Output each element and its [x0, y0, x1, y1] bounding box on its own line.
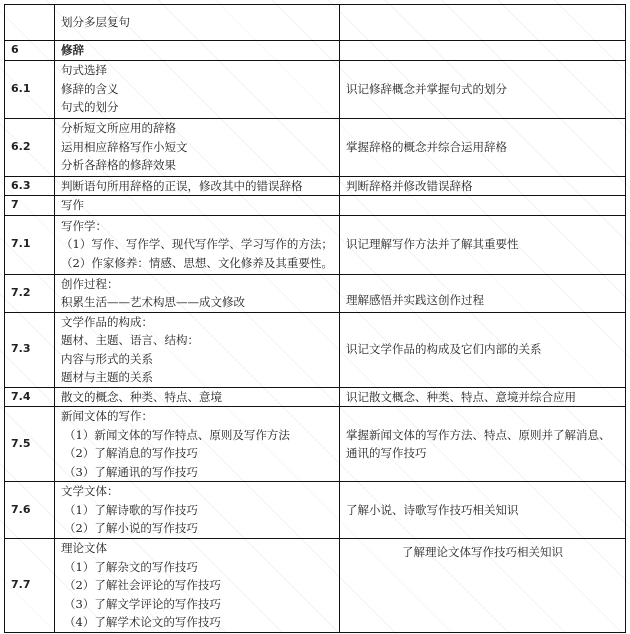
content-line: 理论文体: [61, 539, 333, 558]
table-row: 7.2 创作过程： 积累生活——艺术构思——成文修改 理解感悟并实践这创作过程: [5, 274, 626, 312]
content-line: 题材与主题的关系: [61, 368, 333, 387]
row-content: 判断语句所用辞格的正误，修改其中的错误辞格: [55, 176, 340, 196]
row-code: 7.2: [5, 274, 55, 312]
content-line: 分析短文所应用的辞格: [61, 119, 333, 138]
row-content: 修辞: [55, 41, 340, 61]
table-row: 7.1 写作学： （1）写作、写作学、现代写作学、学习写作的方法； （2）作家修…: [5, 215, 626, 274]
row-code: 7.6: [5, 482, 55, 539]
row-content: 文学文体： （1）了解诗歌的写作技巧 （2）了解小说的写作技巧: [55, 482, 340, 539]
row-requirement: [340, 41, 626, 61]
content-line: 判断语句所用辞格的正误，修改其中的错误辞格: [61, 177, 333, 196]
content-line: 文学作品的构成：: [61, 313, 333, 332]
row-content: 散文的概念、种类、特点、意境: [55, 387, 340, 407]
content-line: 新闻文体的写作：: [61, 407, 333, 426]
row-code: 6.3: [5, 176, 55, 196]
row-requirement: 识记修辞概念并掌握句式的划分: [340, 60, 626, 118]
content-line: （1）了解杂文的写作技巧: [61, 558, 333, 577]
row-content: 句式选择 修辞的含义 句式的划分: [55, 60, 340, 118]
content-line: 修辞的含义: [61, 80, 333, 99]
syllabus-table: 划分多层复句 6 修辞 6.1 句式选择 修辞的含义 句式的划分 识记修辞概念并…: [4, 4, 626, 633]
table-row: 7.4 散文的概念、种类、特点、意境 识记散文概念、种类、特点、意境并综合应用: [5, 387, 626, 407]
row-content: 分析短文所应用的辞格 运用相应辞格写作小短文 分析各辞格的修辞效果: [55, 118, 340, 176]
section-title: 修辞: [61, 41, 333, 60]
table-row: 6.3 判断语句所用辞格的正误，修改其中的错误辞格 判断辞格并修改错误辞格: [5, 176, 626, 196]
content-line: （1）写作、写作学、现代写作学、学习写作的方法；: [61, 235, 333, 254]
table-row: 划分多层复句: [5, 5, 626, 41]
content-line: （2）了解小说的写作技巧: [61, 519, 333, 538]
row-code: 7: [5, 196, 55, 216]
table-row: 7.3 文学作品的构成： 题材、主题、语言、结构： 内容与形式的关系 题材与主题…: [5, 312, 626, 387]
row-requirement: [340, 5, 626, 41]
row-requirement: 理解感悟并实践这创作过程: [340, 274, 626, 312]
row-requirement: 识记文学作品的构成及它们内部的关系: [340, 312, 626, 387]
row-requirement: [340, 196, 626, 216]
section-title: 写作: [61, 196, 333, 215]
content-line: （3）了解文学评论的写作技巧: [61, 595, 333, 614]
row-content: 新闻文体的写作： （1）新闻文体的写作特点、原则及写作方法 （2）了解消息的写作…: [55, 407, 340, 482]
table-row: 7.7 理论文体 （1）了解杂文的写作技巧 （2）了解社会评论的写作技巧 （3）…: [5, 539, 626, 633]
row-content: 文学作品的构成： 题材、主题、语言、结构： 内容与形式的关系 题材与主题的关系: [55, 312, 340, 387]
content-line: 题材、主题、语言、结构：: [61, 331, 333, 350]
row-requirement: 了解理论文体写作技巧相关知识: [340, 539, 626, 633]
row-code: 6.2: [5, 118, 55, 176]
row-requirement: 掌握新闻文体的写作方法、特点、原则并了解消息、通讯的写作技巧: [340, 407, 626, 482]
row-requirement: 识记散文概念、种类、特点、意境并综合应用: [340, 387, 626, 407]
row-code: [5, 5, 55, 41]
row-code: 7.5: [5, 407, 55, 482]
row-content: 理论文体 （1）了解杂文的写作技巧 （2）了解社会评论的写作技巧 （3）了解文学…: [55, 539, 340, 633]
row-code: 7.1: [5, 215, 55, 274]
content-line: 积累生活——艺术构思——成文修改: [61, 293, 333, 312]
row-requirement: 掌握辞格的概念并综合运用辞格: [340, 118, 626, 176]
content-line: （2）了解社会评论的写作技巧: [61, 576, 333, 595]
row-requirement: 了解小说、诗歌写作技巧相关知识: [340, 482, 626, 539]
table-row: 6.1 句式选择 修辞的含义 句式的划分 识记修辞概念并掌握句式的划分: [5, 60, 626, 118]
content-line: （4）了解学术论文的写作技巧: [61, 613, 333, 632]
row-requirement: 识记理解写作方法并了解其重要性: [340, 215, 626, 274]
table-row: 6.2 分析短文所应用的辞格 运用相应辞格写作小短文 分析各辞格的修辞效果 掌握…: [5, 118, 626, 176]
content-line: （1）了解诗歌的写作技巧: [61, 501, 333, 520]
content-line: 创作过程：: [61, 275, 333, 294]
row-content: 划分多层复句: [55, 5, 340, 41]
row-code: 6: [5, 41, 55, 61]
content-line: （3）了解通讯的写作技巧: [61, 463, 333, 482]
row-code: 7.3: [5, 312, 55, 387]
row-content: 写作学： （1）写作、写作学、现代写作学、学习写作的方法； （2）作家修养：情感…: [55, 215, 340, 274]
table-row: 7 写作: [5, 196, 626, 216]
content-line: 散文的概念、种类、特点、意境: [61, 388, 333, 407]
table-row: 7.6 文学文体： （1）了解诗歌的写作技巧 （2）了解小说的写作技巧 了解小说…: [5, 482, 626, 539]
row-content: 创作过程： 积累生活——艺术构思——成文修改: [55, 274, 340, 312]
content-line: 分析各辞格的修辞效果: [61, 156, 333, 175]
content-line: （2）作家修养：情感、思想、文化修养及其重要性。: [61, 254, 333, 273]
row-content: 写作: [55, 196, 340, 216]
content-line: 文学文体：: [61, 482, 333, 501]
content-line: 写作学：: [61, 217, 333, 236]
content-line: 划分多层复句: [61, 13, 333, 32]
table-row: 6 修辞: [5, 41, 626, 61]
row-code: 6.1: [5, 60, 55, 118]
row-code: 7.4: [5, 387, 55, 407]
row-code: 7.7: [5, 539, 55, 633]
content-line: 内容与形式的关系: [61, 350, 333, 369]
content-line: 句式的划分: [61, 98, 333, 117]
row-requirement: 判断辞格并修改错误辞格: [340, 176, 626, 196]
content-line: 句式选择: [61, 61, 333, 80]
table-row: 7.5 新闻文体的写作： （1）新闻文体的写作特点、原则及写作方法 （2）了解消…: [5, 407, 626, 482]
content-line: 运用相应辞格写作小短文: [61, 138, 333, 157]
content-line: （2）了解消息的写作技巧: [61, 444, 333, 463]
content-line: （1）新闻文体的写作特点、原则及写作方法: [61, 426, 333, 445]
